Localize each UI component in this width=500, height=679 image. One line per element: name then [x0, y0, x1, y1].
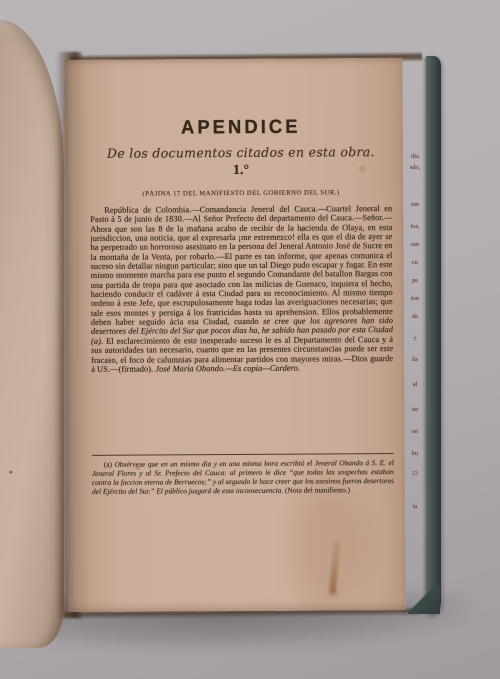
edge-fragment: sdo, [403, 164, 427, 171]
edge-fragment: los, [403, 223, 427, 230]
book-cover-corner [408, 586, 440, 614]
photo-background: APENDICE De los documentos citados en es… [0, 0, 500, 679]
edge-fragment: na [403, 406, 427, 413]
edge-fragment: lts [403, 356, 427, 363]
footnote-rule [92, 453, 394, 456]
edge-fragment: cu [403, 259, 427, 266]
script-subtitle: De los documentos citados en esta obra. [90, 144, 392, 161]
edge-fragment: pa [403, 277, 427, 284]
footnote: (a) Obsérvese que en un mismo dia y en u… [92, 458, 394, 496]
book: APENDICE De los documentos citados en es… [0, 0, 500, 679]
printed-page-content: APENDICE De los documentos citados en es… [89, 58, 394, 496]
body-paragraph-part1: República de Colombia.—Comandancia Jener… [90, 204, 393, 327]
body-paragraph: República de Colombia.—Comandancia Jener… [90, 204, 393, 450]
edge-fragment: bu [403, 450, 427, 457]
edge-fragment: da [403, 313, 427, 320]
section-heading: (PÁJINA 17 DEL MANIFIESTO DEL GOBIERNO D… [90, 189, 392, 198]
footnote-marker: (a) [104, 460, 112, 469]
page-stain-blob [326, 586, 340, 598]
right-page: APENDICE De los documentos citados en es… [64, 58, 405, 612]
footnote-closing: (Nota del manifiesto.) [285, 486, 350, 495]
left-page [0, 20, 64, 648]
edge-fragment: al [403, 381, 427, 388]
edge-fragment: me [403, 201, 427, 208]
edge-text-fragments: dia sdo, me los, ran cu pa ton da 7 lts … [403, 58, 427, 610]
edge-fragment: dia [403, 153, 427, 160]
page-title: APENDICE [90, 115, 392, 140]
book-cover-edge [426, 56, 441, 614]
edge-fragment: 23 [403, 470, 427, 477]
body-signature: José María Obando.—Es copia—Cardero. [155, 363, 300, 373]
edge-fragment: on [403, 428, 427, 435]
page-stain [329, 540, 341, 592]
section-number: 1.° [90, 162, 392, 180]
edge-fragment: 7 [403, 336, 427, 343]
edge-fragment: ton [403, 295, 427, 302]
edge-fragment: ran [403, 241, 427, 248]
edge-fragment: ta [403, 503, 427, 510]
